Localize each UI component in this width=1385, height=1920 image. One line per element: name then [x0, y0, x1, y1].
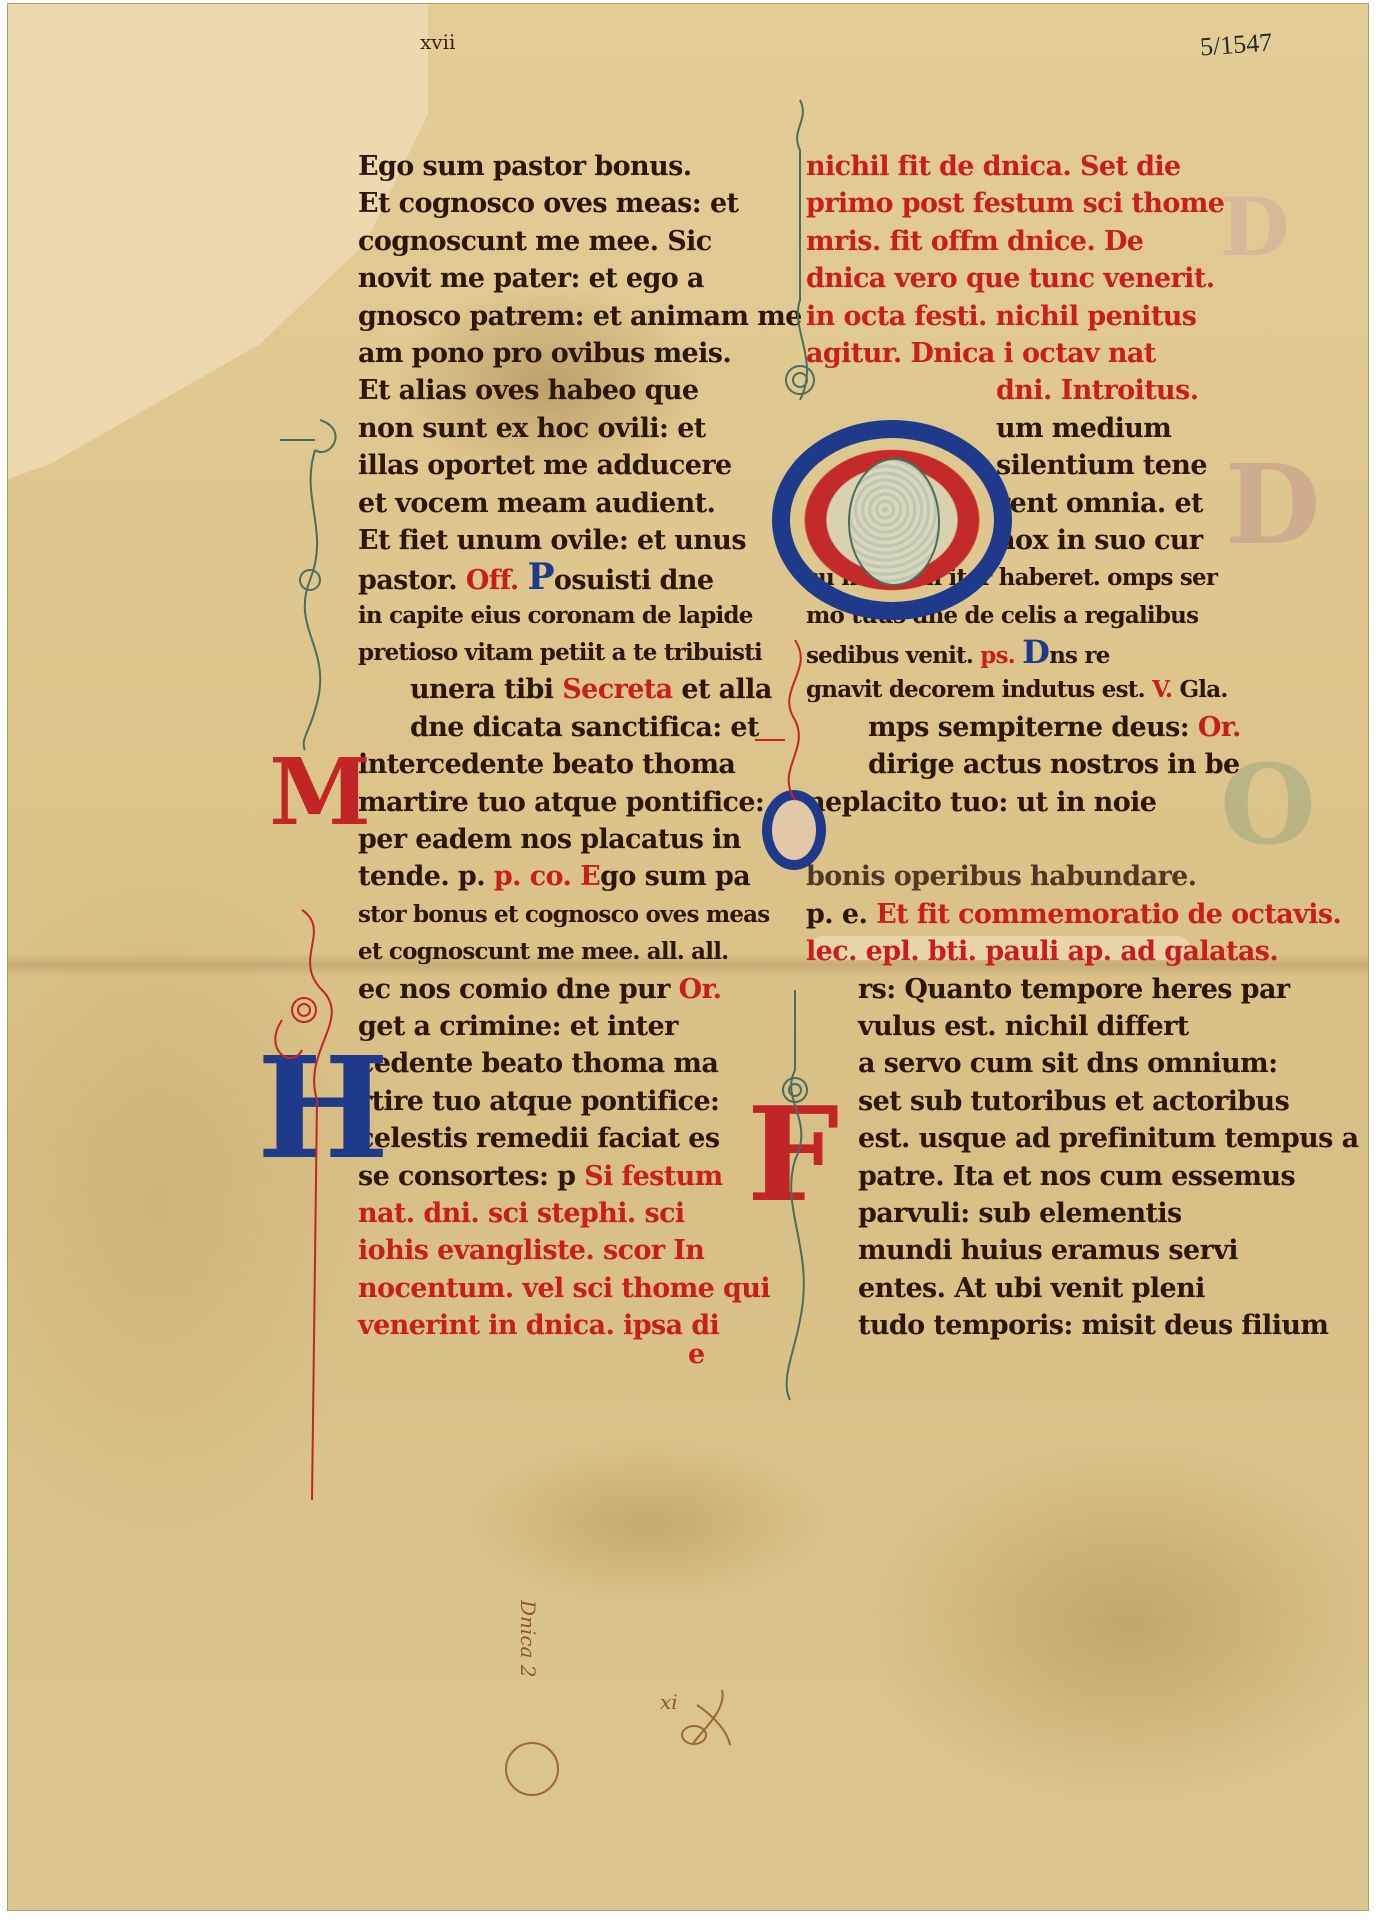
rubric-line: in octa festi. nichil penitus [806, 298, 1226, 335]
text-fragment: pastor. [358, 565, 457, 596]
marginal-cross-symbol [672, 1690, 742, 1750]
postcommunion-line: ec nos comio dne pur Or. [358, 971, 748, 1008]
penwork-flourish-red [262, 900, 362, 1504]
text-line: mundi huius eramus servi [806, 1232, 1226, 1269]
text-line: illas oportet me adducere [358, 447, 748, 484]
psalm-rubric: ps. [980, 642, 1015, 669]
rubric-start-line: se consortes: p Si festum [358, 1158, 748, 1195]
text-line: patre. Ita et nos cum essemus [806, 1158, 1226, 1195]
text-fragment: unera tibi [410, 674, 553, 705]
text-fragment: ec nos comio dne pur [358, 974, 670, 1005]
folio-number: xvii [420, 30, 455, 54]
text-fragment: mps sempiterne deus: [868, 712, 1189, 743]
text-line: dne dicata sanctifica: et [358, 709, 748, 746]
text-line: Et cognosco oves meas: et [358, 185, 748, 222]
text-line: bonis operibus habundare. [806, 858, 1226, 895]
penwork-flourish-green [260, 410, 360, 754]
gloria-line: gnavit decorem indutus est. V. Gla. [806, 671, 1226, 708]
text-line: rtire tuo atque pontifice: [358, 1083, 748, 1120]
communion-initial: E [580, 861, 600, 892]
historiated-initial-d [772, 420, 1012, 620]
rubric-line-ending: e [358, 1345, 748, 1365]
text-line: in capite eius coronam de lapide [358, 597, 748, 634]
text-line: a servo cum sit dns omnium: [806, 1045, 1226, 1082]
rubric-line: primo post festum sci thome [806, 185, 1226, 222]
postcommunion-rubric: Or. [679, 974, 722, 1005]
rubric-fragment: Et fit commemoratio de octavis. [876, 899, 1341, 930]
text-line: Et alias oves habeo que [358, 372, 748, 409]
rubric-fragment: Si festum [584, 1161, 722, 1192]
text-line: martire tuo atque pontifice: [358, 784, 748, 821]
marginal-note-vertical: Dnica 2 [516, 1600, 540, 1678]
secret-rubric: Secreta [562, 674, 672, 705]
introit-rubric: dni. Introitus. [806, 372, 1226, 409]
secret-line: unera tibi Secreta et alla [358, 671, 748, 708]
text-line: est. usque ad prefinitum tempus a [806, 1120, 1226, 1157]
text-line: cedente beato thoma ma [358, 1045, 748, 1082]
show-through-letter-top: D [1220, 180, 1289, 274]
text-line: tudo temporis: misit deus filium [806, 1307, 1226, 1344]
offertory-initial: P [527, 556, 553, 598]
text-line: vulus est. nichil differt [806, 1008, 1226, 1045]
initial-penwork-infill [848, 458, 940, 586]
psalm-line: sedibus venit. ps. Dns re [806, 634, 1226, 671]
text-line: et vocem meam audient. [358, 485, 748, 522]
damaged-text-line [806, 821, 1226, 858]
rubric-line: dnica vero que tunc venerit. [806, 260, 1226, 297]
text-line: cognoscunt me mee. Sic [358, 223, 748, 260]
text-fragment: go sum pa [600, 861, 750, 892]
rubric-line: lec. epl. bti. pauli ap. ad galatas. [806, 933, 1226, 970]
text-fragment: osuisti dne [554, 565, 714, 596]
decorated-initial-m: M [292, 742, 348, 842]
collect-line: mps sempiterne deus: Or. [806, 709, 1226, 746]
text-line: pretioso vitam petiit a te tribuisti [358, 634, 748, 671]
offertory-line: pastor. Off. Posuisti dne [358, 559, 748, 596]
text-line: intercedente beato thoma [358, 746, 748, 783]
text-line: non sunt ex hoc ovili: et [358, 410, 748, 447]
collect-rubric: Or. [1198, 712, 1241, 743]
gloria-text: Gla. [1179, 676, 1227, 703]
rubric-line: nichil fit de dnica. Set die [806, 148, 1226, 185]
penwork-flourish-green-bottom [760, 990, 830, 1414]
rubric-line: nat. dni. sci stephi. sci [358, 1195, 748, 1232]
text-fragment: se consortes: p [358, 1161, 575, 1192]
rubric-line: iohis evangliste. scor In [358, 1232, 748, 1269]
text-line: rs: Quanto tempore heres par [806, 971, 1226, 1008]
marginal-circle-mark [505, 1742, 559, 1796]
text-line: parvuli: sub elementis [806, 1195, 1226, 1232]
text-fragment: gnavit decorem indutus est. [806, 676, 1145, 703]
right-column: nichil fit de dnica. Set die primo post … [806, 148, 1226, 1345]
rubric-line: mris. fit offm dnice. De [806, 223, 1226, 260]
text-line: stor bonus et cognosco oves meas [358, 896, 748, 933]
rubric-line: nocentum. vel sci thome qui [358, 1270, 748, 1307]
text-line: am pono pro ovibus meis. [358, 335, 748, 372]
psalm-initial: D [1022, 633, 1049, 671]
text-fragment: tende. p. [358, 861, 485, 892]
shelfmark: 5/1547 [1199, 28, 1273, 63]
epistle-rubric-line: p. e. Et fit commemoratio de octavis. [806, 896, 1226, 933]
left-column: Ego sum pastor bonus. Et cognosco oves m… [358, 148, 748, 1365]
communion-line: tende. p. p. co. Ego sum pa [358, 858, 748, 895]
text-fragment: p. e. [806, 899, 867, 930]
penwork-flourish-green-top [770, 100, 830, 424]
text-line: Et fiet unum ovile: et unus [358, 522, 748, 559]
text-line: per eadem nos placatus in [358, 821, 748, 858]
penwork-flourish-red-mid [755, 640, 825, 804]
text-fragment: sedibus venit. [806, 642, 973, 669]
show-through-letter-d: D [1225, 440, 1320, 569]
text-line: set sub tutoribus et actoribus [806, 1083, 1226, 1120]
rubric-line: agitur. Dnica i octav nat [806, 335, 1226, 372]
text-line: neplacito tuo: ut in noie [806, 784, 1226, 821]
text-fragment: ns re [1049, 642, 1109, 669]
text-line: entes. At ubi venit pleni [806, 1270, 1226, 1307]
text-line: et cognoscunt me mee. all. all. [358, 933, 748, 970]
text-line: Ego sum pastor bonus. [358, 148, 748, 185]
offertory-rubric: Off. [466, 565, 519, 596]
text-line: novit me pater: et ego a [358, 260, 748, 297]
text-line: gnosco patrem: et animam me [358, 298, 748, 335]
versicle-rubric: V. [1152, 676, 1172, 703]
text-line: celestis remedii faciat es [358, 1120, 748, 1157]
text-line: get a crimine: et inter [358, 1008, 748, 1045]
text-line: dirige actus nostros in be [806, 746, 1226, 783]
communion-rubric: p. co. [494, 861, 571, 892]
